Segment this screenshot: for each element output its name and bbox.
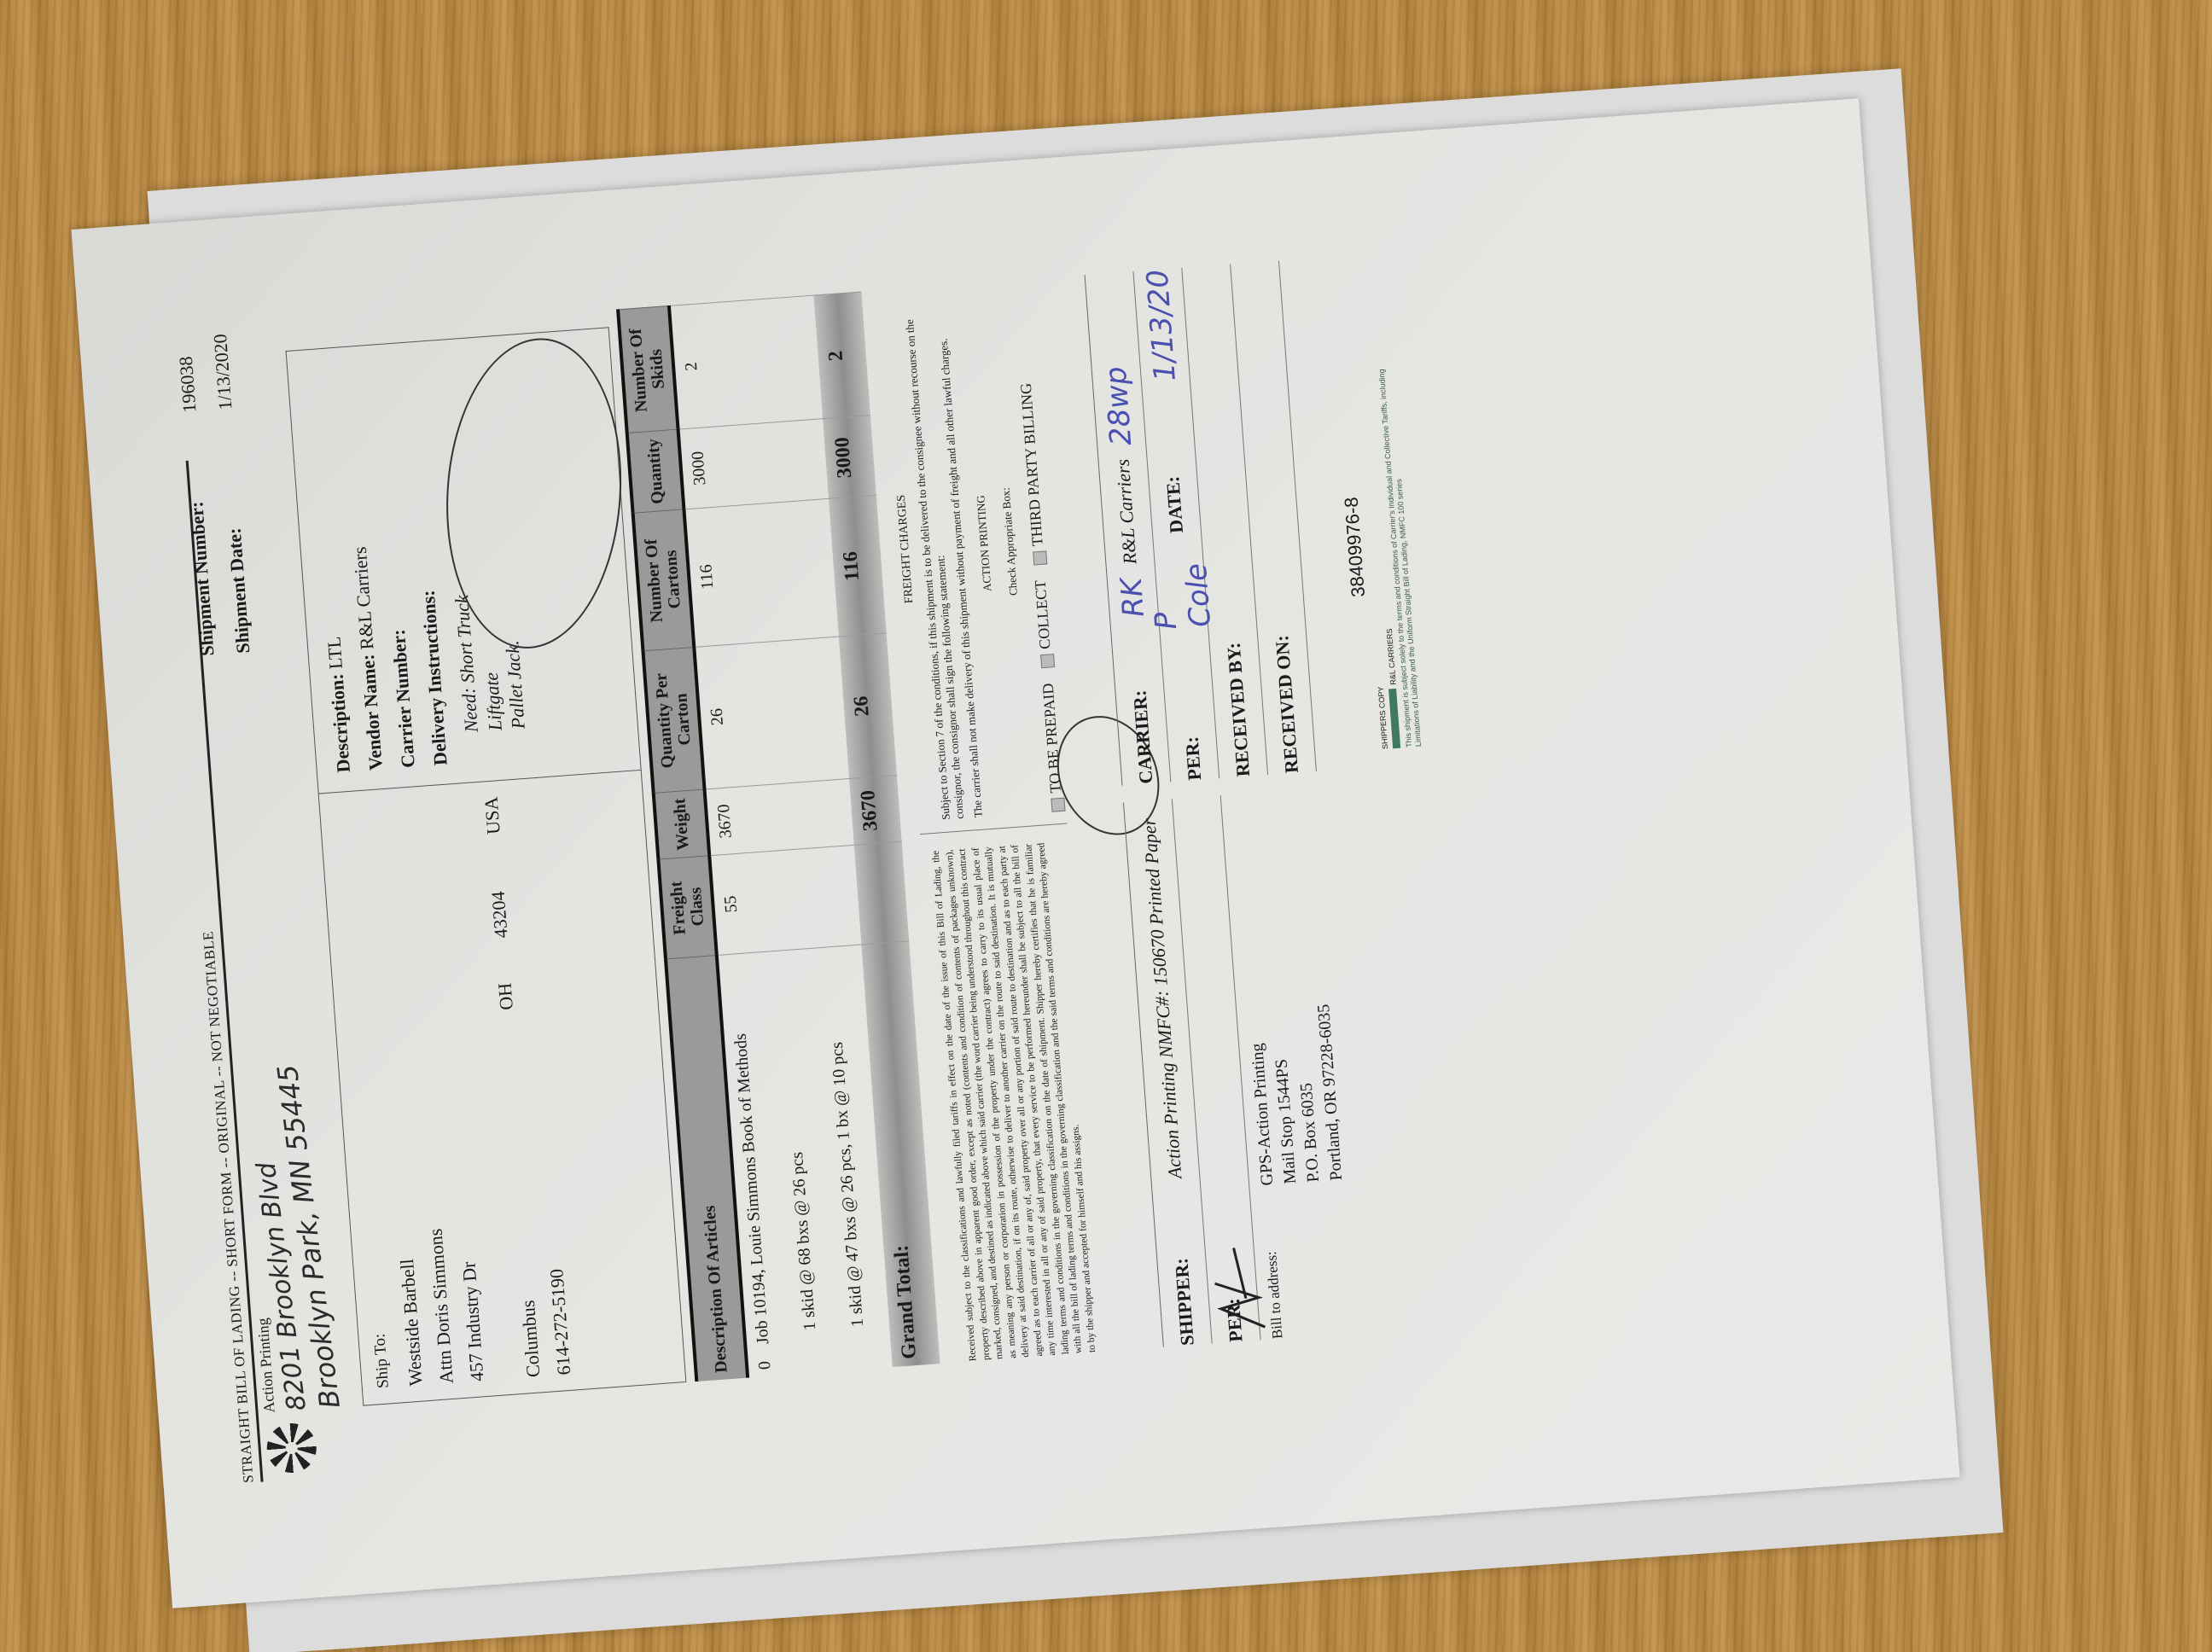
date-handwritten: 1/13/20 <box>1140 268 1182 382</box>
ship-to-box: Ship To: Westside Barbell Attn Doris Sim… <box>318 770 687 1406</box>
checkbox-icon[interactable] <box>1040 654 1055 668</box>
company-logo-icon <box>265 1422 318 1475</box>
shipment-date: 1/13/2020 <box>209 333 236 410</box>
row-marker: 0 <box>755 1360 775 1370</box>
carrier-block: CARRIER: RK R&L Carriers 28wp PER: P Col… <box>1085 261 1317 786</box>
ship-to-zip: 43204 <box>483 834 513 939</box>
carrier-stamp: 38409976-8 SHIPPERS COPY R&L CARRIERS Th… <box>1330 355 1423 751</box>
grand-total-quantity: 3000 <box>823 416 876 499</box>
ship-to-country: USA <box>480 796 505 835</box>
received-on-label: RECEIVED ON: <box>1267 585 1303 774</box>
bill-to-address: GPS-Action Printing Mail Stop 1544PS P.O… <box>1245 1003 1350 1187</box>
empty-cell <box>759 849 813 952</box>
checkbox-icon[interactable] <box>1033 550 1047 565</box>
freight-charges: FREIGHT CHARGES Subject to Section 7 of … <box>879 266 1068 835</box>
freight-class: 55 <box>709 852 765 956</box>
checkbox-icon[interactable] <box>1051 798 1065 812</box>
empty-cell <box>727 422 781 506</box>
skids: 2 <box>669 302 727 429</box>
date-label: DATE: <box>1155 394 1188 534</box>
carrier-number-label: Carrier Number: <box>387 629 419 769</box>
description-label: Description: <box>325 673 353 774</box>
empty-cell <box>775 419 829 503</box>
grand-total-skids: 2 <box>813 292 870 419</box>
description-value: LTL <box>323 636 346 670</box>
grand-total-weight: 3670 <box>849 775 902 845</box>
vendor-label: Vendor Name: <box>357 654 387 771</box>
vendor-value: R&L Carriers <box>349 546 378 650</box>
signature-icon <box>1208 1237 1274 1335</box>
option-collect[interactable]: COLLECT <box>1032 579 1056 668</box>
shipper-block: SHIPPER: Action Printing NMFC#: 150670 P… <box>1123 788 1361 1347</box>
empty-cell <box>754 782 806 852</box>
ship-to-state: OH <box>491 937 518 1010</box>
option-third-party[interactable]: THIRD PARTY BILLING <box>1017 382 1049 566</box>
brand-bar <box>1388 689 1400 748</box>
shipment-number: 196038 <box>175 356 201 414</box>
brand-name: R&L CARRIERS <box>1385 628 1398 685</box>
grand-total-cartons: 116 <box>829 495 887 636</box>
col-quantity: Quantity <box>627 430 684 514</box>
col-skids: Number Of Skids <box>618 306 678 433</box>
weight: 3670 <box>705 786 760 856</box>
carrier-label: CARRIER: <box>1124 630 1157 784</box>
shipment-date-label: Shipment Date: <box>216 431 254 654</box>
received-by-label: RECEIVED BY: <box>1219 589 1254 777</box>
shipment-details-box: Description: LTL Vendor Name: R&L Carrie… <box>286 327 642 793</box>
quantity: 3000 <box>678 426 734 509</box>
empty-cell <box>801 779 854 849</box>
grand-total-qty-per-carton: 26 <box>839 633 897 779</box>
option-label: COLLECT <box>1032 579 1054 649</box>
bill-of-lading-sheet: STRAIGHT BILL OF LADING -- SHORT FORM --… <box>71 98 1959 1608</box>
col-freight-class: Freight Class <box>658 856 716 959</box>
col-weight: Weight <box>654 789 710 859</box>
option-label: THIRD PARTY BILLING <box>1017 382 1046 547</box>
carrier-per-label: PER: <box>1173 641 1206 781</box>
terms-text: Received subject to the classifications … <box>930 841 1100 1362</box>
carrier-per-signature: P Cole <box>1144 544 1218 631</box>
empty-cell <box>854 841 909 945</box>
empty-cell <box>806 845 861 948</box>
bill-to-label: Bill to address: <box>1260 1205 1362 1340</box>
carrier-handwritten-2: 28wp <box>1099 365 1139 446</box>
bill-of-lading: STRAIGHT BILL OF LADING -- SHORT FORM --… <box>114 102 1909 1503</box>
shipper-label: SHIPPER: <box>1166 1191 1199 1346</box>
carrier-printed: R&L Carriers <box>1112 458 1142 565</box>
